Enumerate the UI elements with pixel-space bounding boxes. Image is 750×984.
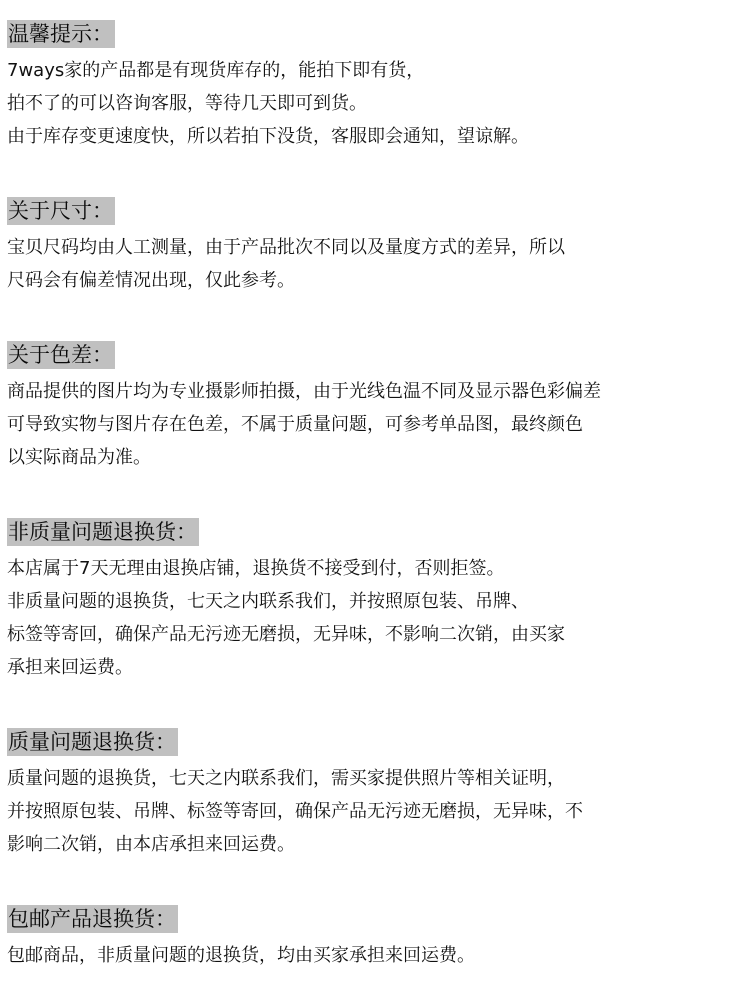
section-heading: 非质量问题退换货： [7, 518, 199, 546]
section-body: 宝贝尺码均由人工测量，由于产品批次不同以及量度方式的差异，所以 尺码会有偏差情况… [7, 231, 565, 297]
body-line: 影响二次销，由本店承担来回运费。 [7, 828, 583, 861]
body-line: 本店属于7天无理由退换店铺，退换货不接受到付，否则拒签。 [7, 552, 565, 585]
section-about-color-difference: 关于色差： 商品提供的图片均为专业摄影师拍摄，由于光线色温不同及显示器色彩偏差 … [7, 341, 601, 474]
section-quality-returns: 质量问题退换货： 质量问题的退换货，七天之内联系我们，需买家提供照片等相关证明，… [7, 728, 583, 861]
section-about-size: 关于尺寸： 宝贝尺码均由人工测量，由于产品批次不同以及量度方式的差异，所以 尺码… [7, 197, 565, 297]
section-heading: 关于色差： [7, 341, 115, 369]
body-line: 7ways家的产品都是有现货库存的，能拍下即有货， [7, 54, 529, 87]
section-free-shipping-returns: 包邮产品退换货： 包邮商品，非质量问题的退换货，均由买家承担来回运费。 [7, 905, 475, 972]
body-line: 标签等寄回，确保产品无污迹无磨损，无异味，不影响二次销，由买家 [7, 618, 565, 651]
section-body: 商品提供的图片均为专业摄影师拍摄，由于光线色温不同及显示器色彩偏差 可导致实物与… [7, 375, 601, 474]
section-non-quality-returns: 非质量问题退换货： 本店属于7天无理由退换店铺，退换货不接受到付，否则拒签。 非… [7, 518, 565, 684]
body-line: 宝贝尺码均由人工测量，由于产品批次不同以及量度方式的差异，所以 [7, 231, 565, 264]
section-heading: 关于尺寸： [7, 197, 115, 225]
section-heading: 温馨提示： [7, 20, 115, 48]
body-line: 质量问题的退换货，七天之内联系我们，需买家提供照片等相关证明， [7, 762, 583, 795]
section-heading: 质量问题退换货： [7, 728, 178, 756]
body-line: 可导致实物与图片存在色差，不属于质量问题，可参考单品图，最终颜色 [7, 408, 601, 441]
body-line: 并按照原包装、吊牌、标签等寄回，确保产品无污迹无磨损，无异味，不 [7, 795, 583, 828]
body-line: 以实际商品为准。 [7, 441, 601, 474]
body-line: 由于库存变更速度快，所以若拍下没货，客服即会通知，望谅解。 [7, 120, 529, 153]
body-line: 尺码会有偏差情况出现，仅此参考。 [7, 264, 565, 297]
body-line: 承担来回运费。 [7, 651, 565, 684]
body-line: 包邮商品，非质量问题的退换货，均由买家承担来回运费。 [7, 939, 475, 972]
body-line: 拍不了的可以咨询客服，等待几天即可到货。 [7, 87, 529, 120]
section-body: 7ways家的产品都是有现货库存的，能拍下即有货， 拍不了的可以咨询客服，等待几… [7, 54, 529, 153]
section-body: 本店属于7天无理由退换店铺，退换货不接受到付，否则拒签。 非质量问题的退换货，七… [7, 552, 565, 684]
section-warm-tips: 温馨提示： 7ways家的产品都是有现货库存的，能拍下即有货， 拍不了的可以咨询… [7, 20, 529, 153]
body-line: 商品提供的图片均为专业摄影师拍摄，由于光线色温不同及显示器色彩偏差 [7, 375, 601, 408]
body-line: 非质量问题的退换货，七天之内联系我们，并按照原包装、吊牌、 [7, 585, 565, 618]
section-body: 质量问题的退换货，七天之内联系我们，需买家提供照片等相关证明， 并按照原包装、吊… [7, 762, 583, 861]
section-heading: 包邮产品退换货： [7, 905, 178, 933]
section-body: 包邮商品，非质量问题的退换货，均由买家承担来回运费。 [7, 939, 475, 972]
